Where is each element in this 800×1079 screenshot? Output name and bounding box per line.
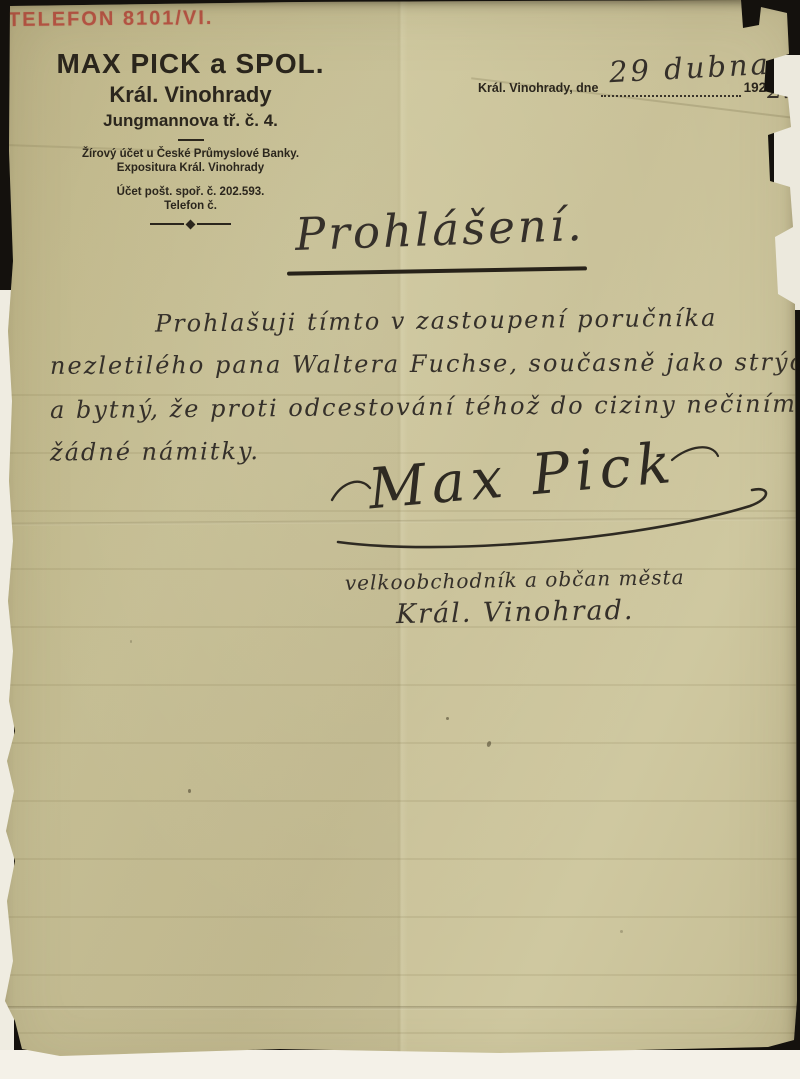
postal-account-line: Účet pošt. spoř. č. 202.593. [18, 185, 363, 199]
scanned-document-photo: { "colors": { "paper": "#c9c198", "print… [0, 0, 800, 1079]
paper-speck [130, 640, 132, 643]
paper-speck [188, 789, 191, 793]
signature-block: Max Pick [320, 438, 790, 553]
body-line: a bytný, že proti odcestování téhož do c… [50, 383, 765, 432]
company-name: MAX PICK a SPOL. [18, 48, 363, 80]
company-street: Jungmannova tř. č. 4. [18, 111, 363, 131]
backdrop-right-sliver [774, 55, 800, 310]
paper-speck [446, 717, 449, 720]
paper-speck [486, 740, 492, 747]
date-dotted-blank: 29 dubna [601, 81, 740, 97]
bank-account-line2: Expositura Král. Vinohrady [18, 161, 363, 175]
signoff-block: velkoobchodník a občan města Král. Vinoh… [330, 565, 701, 631]
date-line: Král. Vinohrady, dne 29 dubna 192 2. [478, 80, 790, 97]
backdrop-bottom-sliver [0, 1050, 800, 1079]
body-line: Prohlašuji tímto v zastoupení poručníka [50, 296, 765, 346]
date-prefix-printed: Král. Vinohrady, dne [478, 81, 598, 97]
document-title-block: Prohlášení. [287, 203, 592, 256]
letterhead-divider [178, 139, 204, 141]
telefon-rubber-stamp: TELEFON 8101/VI. [8, 7, 214, 32]
bank-account-line1: Žírový účet u České Průmyslové Banky. [18, 147, 363, 161]
signoff-role: velkoobchodník a občan města [330, 565, 700, 595]
paper-speck [620, 930, 623, 933]
document-title: Prohlášení. [294, 198, 585, 261]
title-underline [287, 266, 587, 275]
printed-year: 192 [744, 80, 767, 97]
signoff-city: Král. Vinohrad. [330, 594, 700, 631]
company-city: Král. Vinohrady [18, 82, 363, 108]
paper-sheet: TELEFON 8101/VI. MAX PICK a SPOL. Král. … [0, 0, 800, 1079]
bottom-fold-crease [0, 1006, 800, 1010]
letterhead: MAX PICK a SPOL. Král. Vinohrady Jungman… [18, 48, 363, 228]
ornament-line-right [197, 223, 231, 225]
body-line: nezletilého pana Waltera Fuchse, současn… [50, 341, 765, 388]
diamond-icon [186, 219, 196, 229]
ornament-line-left [150, 223, 184, 225]
